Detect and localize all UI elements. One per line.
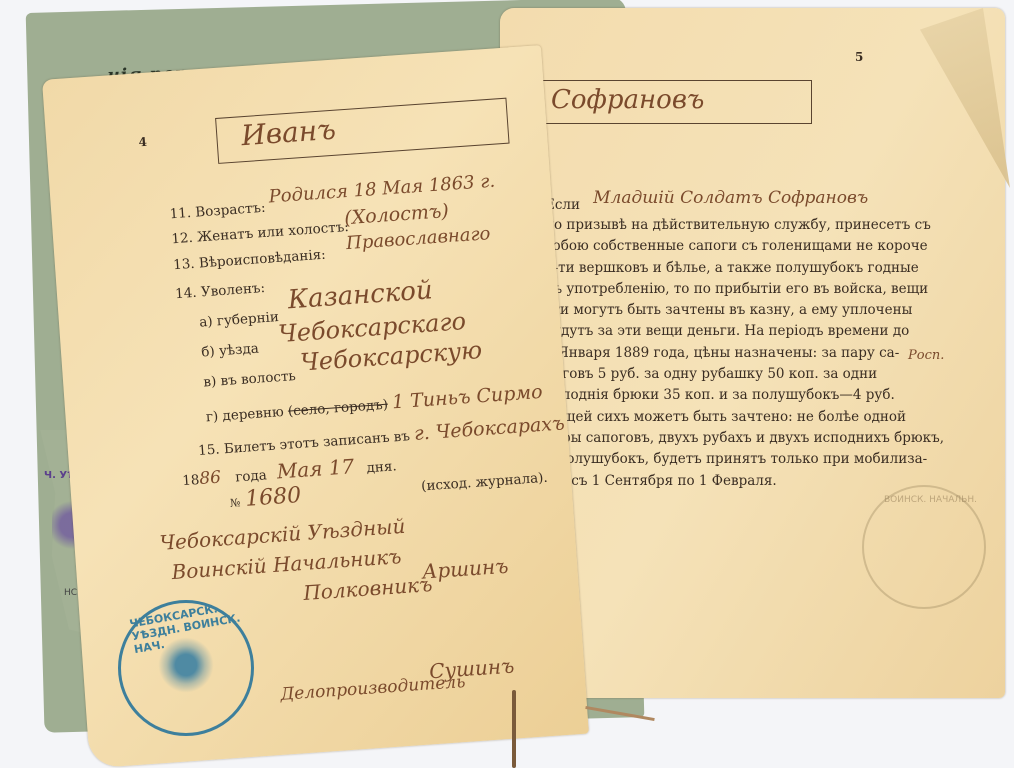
- terms-line: 1 Января 1889 года, цѣны назначены: за п…: [545, 343, 944, 364]
- field-value-religion: Православнаго: [345, 223, 491, 254]
- field-value-age: Родился 18 Мая 1863 г.: [268, 171, 496, 208]
- first-name-box: Иванъ: [215, 98, 509, 164]
- terms-paragraph: по призывѣ на дѣйствительную службу, при…: [545, 215, 944, 492]
- number-sign: №: [230, 496, 241, 510]
- field-value-village: 1 Тиньъ Сирмо: [391, 381, 543, 413]
- clerk-signature: Сушинъ: [428, 654, 515, 684]
- terms-line: собою собственные сапоги съ голенищами н…: [545, 236, 944, 257]
- terms-line: будутъ за эти вещи деньги. На періодъ вр…: [545, 321, 944, 342]
- terms-line: исподнія брюки 35 коп. и за полушубокъ—4…: [545, 385, 944, 406]
- terms-line: 9-ти вершковъ и бѣлье, а также полушубок…: [545, 258, 944, 279]
- faded-stamp-text: ВОИНСК. НАЧАЛЬН.: [884, 495, 977, 505]
- journal-number: № 1680: [229, 483, 302, 513]
- intro-handwritten: Младшій Солдатъ Софрановъ: [593, 188, 868, 208]
- journal-number-handwritten: 1680: [244, 483, 302, 512]
- intro-line: Если Младшій Солдатъ Софрановъ: [545, 194, 868, 214]
- field-label-district: б) уѣзда: [201, 341, 259, 361]
- first-name-handwritten: Иванъ: [240, 113, 337, 153]
- journal-label: (исход. журнала).: [421, 470, 549, 495]
- surname-box: Софрановъ: [532, 80, 812, 124]
- field-value-marital: (Холостъ): [344, 200, 450, 229]
- day-label: дня.: [366, 458, 397, 476]
- field-value-province: Казанской: [287, 275, 434, 315]
- double-headed-eagle-icon: [156, 635, 216, 695]
- field-value-registered: г. Чебоксарахъ: [413, 412, 565, 444]
- binding-thread: [512, 690, 516, 768]
- margin-note: Росп.: [908, 348, 944, 363]
- month-day-handwritten: Мая 17: [276, 454, 355, 483]
- terms-line: поговъ 5 руб. за одну рубашку 50 коп. за…: [545, 364, 944, 385]
- field-label-province: а) губерніи: [199, 309, 280, 331]
- terms-line: Вещей сихъ можетъ быть зачтено: не болѣе…: [545, 407, 944, 428]
- field-label-volost: в) въ волость: [203, 368, 296, 390]
- official-stamp: ЧЕБОКСАРСК. УѢЗДН. ВОИНСК. НАЧ.: [118, 600, 254, 736]
- year-label: года: [235, 467, 268, 485]
- page-number: 5: [855, 50, 863, 64]
- terms-line: эти могутъ быть зачтены въ казну, а ему …: [545, 300, 944, 321]
- surname-handwritten: Софрановъ: [551, 85, 704, 115]
- side-fragment-text: НС: [64, 588, 77, 598]
- field-label-marital: 12. Женатъ или холостъ:: [171, 219, 349, 247]
- field-label-village: г) деревню: [205, 404, 284, 425]
- terms-line: а полушубокъ, будетъ принятъ только при …: [545, 449, 944, 470]
- year-printed: 18: [182, 472, 200, 489]
- faded-stamp: ВОИНСК. НАЧАЛЬН.: [862, 485, 986, 609]
- commander-signature: Аршинъ: [421, 554, 509, 584]
- terms-line: къ употребленію, то по прибытіи его въ в…: [545, 279, 944, 300]
- year-handwritten: 86: [199, 468, 222, 489]
- field-label-discharged: 14. Уволенъ:: [175, 280, 266, 302]
- field-label-age: 11. Возрастъ:: [169, 200, 266, 223]
- terms-line: пары сапоговъ, двухъ рубахъ и двухъ испо…: [545, 428, 944, 449]
- field-label-crossed: (село, городъ): [287, 397, 388, 420]
- terms-line: по призывѣ на дѣйствительную службу, при…: [545, 215, 944, 236]
- page-number: 4: [138, 135, 147, 150]
- terms-line: ціи съ 1 Сентября по 1 Февраля.: [545, 471, 944, 492]
- field-label-religion: 13. Вѣроисповѣданія:: [173, 247, 327, 274]
